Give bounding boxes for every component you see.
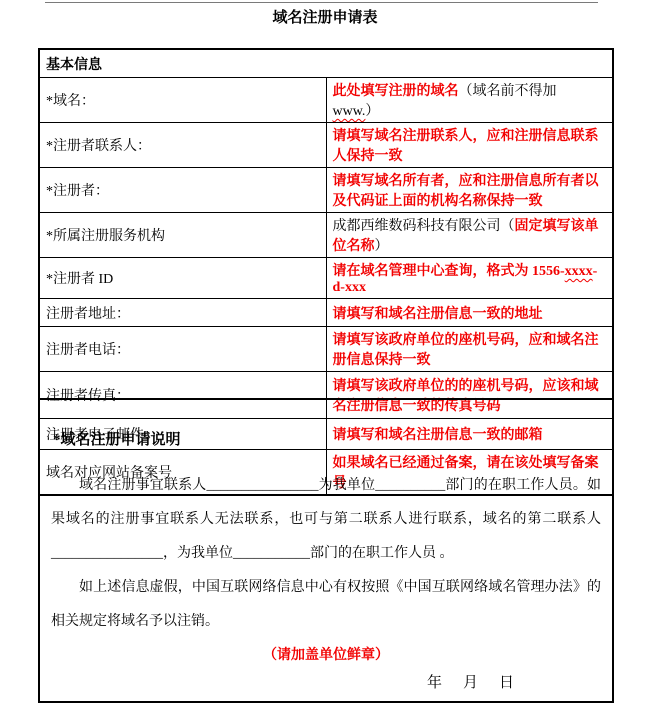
table-row: *注册者 ID请在域名管理中心查询，格式为 1556-xxxx-d-xxx (39, 258, 613, 299)
text-segment: 请填写域名所有者，应和注册信息所有者以及代码证上面的机构名称保持一致 (333, 174, 599, 209)
field-label: 注册者电话： (39, 327, 326, 372)
text-segment: 请填写该政府单位的座机号码，应和域名注册信息保持一致 (333, 333, 599, 368)
field-label: *域名： (39, 78, 326, 123)
text-segment: xxxx (565, 264, 593, 279)
field-label: *注册者联系人： (39, 123, 326, 168)
table-row: *注册者联系人：请填写域名注册联系人，应和注册信息联系人保持一致 (39, 123, 613, 168)
table-row: 注册者地址：请填写和域名注册信息一致的地址 (39, 299, 613, 327)
table-row: *所属注册服务机构成都西维数码科技有限公司（固定填写该单位名称） (39, 213, 613, 258)
statement-box: *域名注册申请说明 域名注册事宜联系人________________为我单位_… (38, 398, 614, 703)
text-segment: ） (365, 104, 379, 119)
section-header-row: 基本信息 (39, 49, 613, 78)
section-header-cell: 基本信息 (39, 49, 613, 78)
field-label: *所属注册服务机构 (39, 213, 326, 258)
field-value: 请填写该政府单位的座机号码，应和域名注册信息保持一致 (326, 327, 613, 372)
table-row: *域名：此处填写注册的域名（域名前不得加 www.） (39, 78, 613, 123)
statement-paragraph-2: 如上述信息虚假，中国互联网络信息中心有权按照《中国互联网络域名管理办法》的相关规… (51, 571, 601, 639)
text-segment: 请填写域名注册联系人，应和注册信息联系人保持一致 (333, 129, 599, 164)
field-value: 请填写域名注册联系人，应和注册信息联系人保持一致 (326, 123, 613, 168)
field-value: 成都西维数码科技有限公司（固定填写该单位名称） (326, 213, 613, 258)
table-row: *注册者：请填写域名所有者，应和注册信息所有者以及代码证上面的机构名称保持一致 (39, 168, 613, 213)
field-value: 请填写域名所有者，应和注册信息所有者以及代码证上面的机构名称保持一致 (326, 168, 613, 213)
page-title: 域名注册申请表 (0, 6, 650, 27)
date-line: 年 月 日 (51, 671, 601, 692)
top-rule (45, 2, 598, 3)
field-label: *注册者 ID (39, 258, 326, 299)
text-segment: 请在域名管理中心查询，格式为 1556- (333, 264, 565, 279)
text-segment: 成都西维数码科技有限公司（ (333, 219, 515, 234)
text-segment: 此处填写注册的域名 (333, 84, 459, 99)
field-label: 注册者地址： (39, 299, 326, 327)
field-value: 请填写和域名注册信息一致的地址 (326, 299, 613, 327)
statement-heading: *域名注册申请说明 (53, 428, 601, 449)
text-segment: 请填写和域名注册信息一致的地址 (333, 307, 543, 322)
statement-paragraph-1: 域名注册事宜联系人________________为我单位__________部… (51, 469, 601, 571)
field-value: 请在域名管理中心查询，格式为 1556-xxxx-d-xxx (326, 258, 613, 299)
text-segment: ） (375, 239, 389, 254)
field-label: *注册者： (39, 168, 326, 213)
field-value: 此处填写注册的域名（域名前不得加 www.） (326, 78, 613, 123)
seal-note: （请加盖单位鲜章） (51, 644, 601, 664)
table-row: 注册者电话：请填写该政府单位的座机号码，应和域名注册信息保持一致 (39, 327, 613, 372)
text-segment: www. (333, 104, 366, 119)
text-segment: （域名前不得加 (459, 84, 557, 99)
